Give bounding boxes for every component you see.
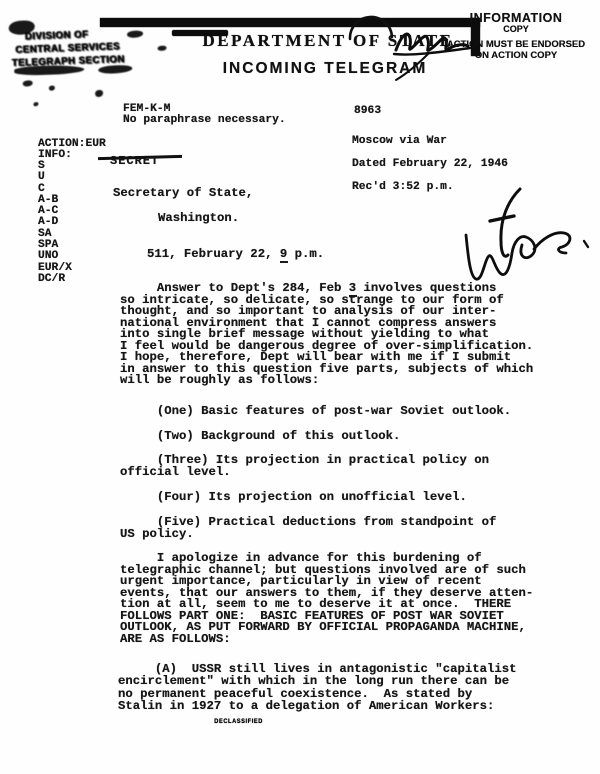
stamp-line: DIVISION OF — [25, 28, 89, 42]
text-line: will be roughly as follows: — [120, 375, 533, 387]
underline-mark — [280, 261, 288, 263]
ink-blob — [95, 90, 103, 97]
endorse-note-line1: ACTION MUST BE ENDORSED — [440, 40, 592, 51]
text-line: Stalin in 1927 to a delegation of Americ… — [118, 700, 516, 712]
text-line — [120, 417, 511, 429]
underline-mark — [349, 295, 357, 297]
text-line: U — [38, 172, 72, 183]
paraphrase-note: No paraphrase necessary. — [123, 115, 286, 126]
information-label: INFORMATION — [440, 13, 592, 24]
origin-line: Moscow via War — [352, 136, 447, 147]
text-line: (One) Basic features of post-war Soviet … — [120, 405, 511, 417]
text-line: US policy. — [120, 528, 511, 540]
ink-blob — [157, 46, 166, 51]
ink-blob — [98, 65, 132, 74]
telegram-number-line: 511, February 22, 9 p.m. — [147, 249, 324, 261]
body-paragraph-1: Answer to Dept's 284, Feb 3 involves que… — [120, 283, 533, 387]
recipient-line: Secretary of State, — [113, 188, 253, 200]
ink-blob — [33, 102, 38, 106]
copy-label: COPY — [440, 24, 592, 35]
endorse-note-line2: ON ACTION COPY — [440, 51, 592, 62]
classification-stamp: SECRET — [110, 151, 159, 169]
text-line: official level. — [120, 466, 511, 478]
ink-blob — [49, 86, 55, 91]
handwritten-initials-signature — [438, 183, 593, 291]
text-line: DC/R — [38, 274, 72, 285]
ink-blob — [127, 30, 143, 38]
telegram-scan-page: DIVISION OF CENTRAL SERVICES TELEGRAPH S… — [0, 0, 600, 774]
text-line: (Two) Background of this outlook. — [120, 430, 511, 442]
information-copy-block: INFORMATION COPY ACTION MUST BE ENDORSED… — [440, 13, 592, 61]
declassified-stamp: DECLASSIFIED — [214, 719, 263, 725]
body-paragraph-a: (A) USSR still lives in antagonistic "ca… — [118, 663, 516, 713]
ink-blob — [14, 64, 84, 75]
date-line: Dated February 22, 1946 — [352, 159, 508, 170]
text-line: encirclement" with which in the long run… — [118, 675, 516, 687]
text-line: UNO — [38, 251, 72, 262]
text-line — [120, 503, 511, 515]
body-paragraph-2: I apologize in advance for this burdenin… — [120, 553, 533, 645]
recipient-city: Washington. — [158, 213, 239, 225]
text-line: (Four) Its projection on unofficial leve… — [120, 491, 511, 503]
text-line: ARE AS FOLLOWS: — [120, 634, 533, 646]
routing-list: SUCA-BA-CA-DSASPAUNOEUR/XDC/R — [38, 161, 72, 285]
five-parts-list: (One) Basic features of post-war Soviet … — [120, 405, 511, 540]
control-number: 8963 — [354, 106, 381, 117]
ink-blob — [23, 80, 33, 86]
